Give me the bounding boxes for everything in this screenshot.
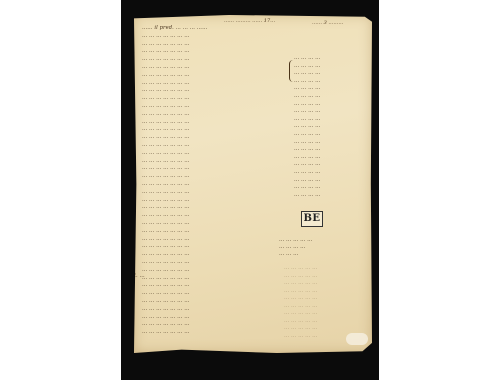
handwritten-line: … … … … … … … bbox=[142, 126, 292, 132]
handwritten-line: … … … … bbox=[279, 244, 359, 250]
handwritten-line: … … … … … … … bbox=[142, 173, 292, 179]
paper-stain bbox=[346, 333, 368, 345]
handwritten-line: … … … … … … … bbox=[142, 251, 292, 257]
handwritten-line: … … … … … … … bbox=[142, 243, 292, 249]
handwritten-line: … … … … … … … bbox=[142, 134, 292, 140]
library-stamp: BE bbox=[301, 211, 323, 227]
handwritten-line: … … … … … … … bbox=[142, 119, 292, 125]
bleed-through-text: … … … … … bbox=[284, 295, 317, 301]
dark-background: …… ……… …… 17… …… 3 ……… …… il pred. … … …… bbox=[121, 0, 379, 380]
handwritten-line: … … … … … … … bbox=[142, 189, 292, 195]
handwritten-line: … … … … bbox=[294, 123, 364, 129]
handwritten-line: … … … … bbox=[294, 139, 364, 145]
handwritten-line: … … … … … … … bbox=[142, 267, 292, 273]
margin-note: R. … bbox=[132, 273, 145, 279]
bleed-through-text: … … … … … bbox=[284, 318, 317, 324]
header-center: …… ……… …… 17… bbox=[224, 18, 275, 24]
bleed-through-text: … … … … … bbox=[284, 333, 317, 339]
handwritten-line: … … … … bbox=[294, 63, 364, 69]
handwritten-line: … … … … … … … bbox=[142, 33, 292, 39]
handwritten-line: … … … … … … … bbox=[142, 87, 292, 93]
bleed-through-text: … … … … … bbox=[284, 265, 317, 271]
handwritten-line: … … … … … … … bbox=[142, 72, 292, 78]
handwritten-line: … … … … bbox=[294, 184, 364, 190]
handwritten-line: … … … … … bbox=[279, 237, 359, 243]
bleed-through-text: … … … … … bbox=[284, 288, 317, 294]
header-right: …… 3 ……… bbox=[312, 20, 343, 26]
bleed-through-text: … … … … … bbox=[284, 325, 317, 331]
handwritten-line: … … … … bbox=[294, 101, 364, 107]
handwritten-line: … … … … … … … bbox=[142, 228, 292, 234]
handwritten-line: … … … … … … … bbox=[142, 95, 292, 101]
handwritten-line: … … … … … … … bbox=[142, 80, 292, 86]
handwritten-line: … … … … … … … bbox=[142, 165, 292, 171]
handwritten-line: … … … … bbox=[294, 169, 364, 175]
handwritten-line: … … … … bbox=[294, 78, 364, 84]
bleed-through-text: … … … … … bbox=[284, 280, 317, 286]
handwritten-line: … … … … bbox=[294, 154, 364, 160]
handwritten-line: … … … … … … … bbox=[142, 56, 292, 62]
handwritten-line: … … … … … … … bbox=[142, 41, 292, 47]
handwritten-line: … … … … … … … bbox=[142, 48, 292, 54]
handwritten-line: … … … … … … … bbox=[142, 142, 292, 148]
handwritten-line: … … … … bbox=[294, 85, 364, 91]
handwritten-line: … … … … … … … bbox=[142, 64, 292, 70]
bleed-through-text: … … … … … bbox=[284, 273, 317, 279]
handwritten-line: … … … … … … … bbox=[142, 158, 292, 164]
bleed-through-text: … … … … … bbox=[284, 303, 317, 309]
manuscript-page: …… ……… …… 17… …… 3 ……… …… il pred. … … …… bbox=[134, 15, 372, 353]
handwritten-line: … … … … … … … bbox=[142, 236, 292, 242]
handwritten-line: … … … … … … … bbox=[142, 259, 292, 265]
handwritten-line: … … … … … … … bbox=[142, 329, 292, 335]
handwritten-line: … … … … … … … bbox=[142, 204, 292, 210]
handwritten-line: … … … … … … … bbox=[142, 282, 292, 288]
handwritten-line: … … … … … … … bbox=[142, 150, 292, 156]
handwritten-line: … … … … bbox=[294, 70, 364, 76]
handwritten-line: … … … … … … … bbox=[142, 290, 292, 296]
handwritten-line: … … … … … … … bbox=[142, 314, 292, 320]
bleed-through-text: … … … … … bbox=[284, 310, 317, 316]
handwritten-line: … … … … bbox=[294, 55, 364, 61]
handwritten-line: … … … … … … … bbox=[142, 306, 292, 312]
handwritten-line: … … … … … … … bbox=[142, 220, 292, 226]
handwritten-line: … … … … bbox=[294, 161, 364, 167]
handwritten-line: … … … … bbox=[294, 192, 364, 198]
handwritten-line: … … … … bbox=[294, 131, 364, 137]
handwritten-line: … … … … bbox=[294, 93, 364, 99]
handwritten-line: … … … … … … … bbox=[142, 103, 292, 109]
handwritten-line: … … … … … … … bbox=[142, 181, 292, 187]
handwritten-line: … … … … … … … bbox=[142, 321, 292, 327]
handwritten-line: … … … … … … … bbox=[142, 275, 292, 281]
handwritten-line: … … … … bbox=[294, 108, 364, 114]
handwritten-line: … … … … bbox=[294, 146, 364, 152]
handwritten-line: … … … … bbox=[294, 177, 364, 183]
handwritten-line: … … … … … … … bbox=[142, 298, 292, 304]
handwritten-line: … … … … bbox=[294, 116, 364, 122]
handwritten-line: … … … … … … … bbox=[142, 111, 292, 117]
handwritten-line: … … … bbox=[279, 251, 359, 257]
handwritten-line: … … … … … … … bbox=[142, 212, 292, 218]
handwritten-line: … … … … … … … bbox=[142, 197, 292, 203]
handwritten-line: …… il pred. … … … …… bbox=[142, 25, 292, 31]
